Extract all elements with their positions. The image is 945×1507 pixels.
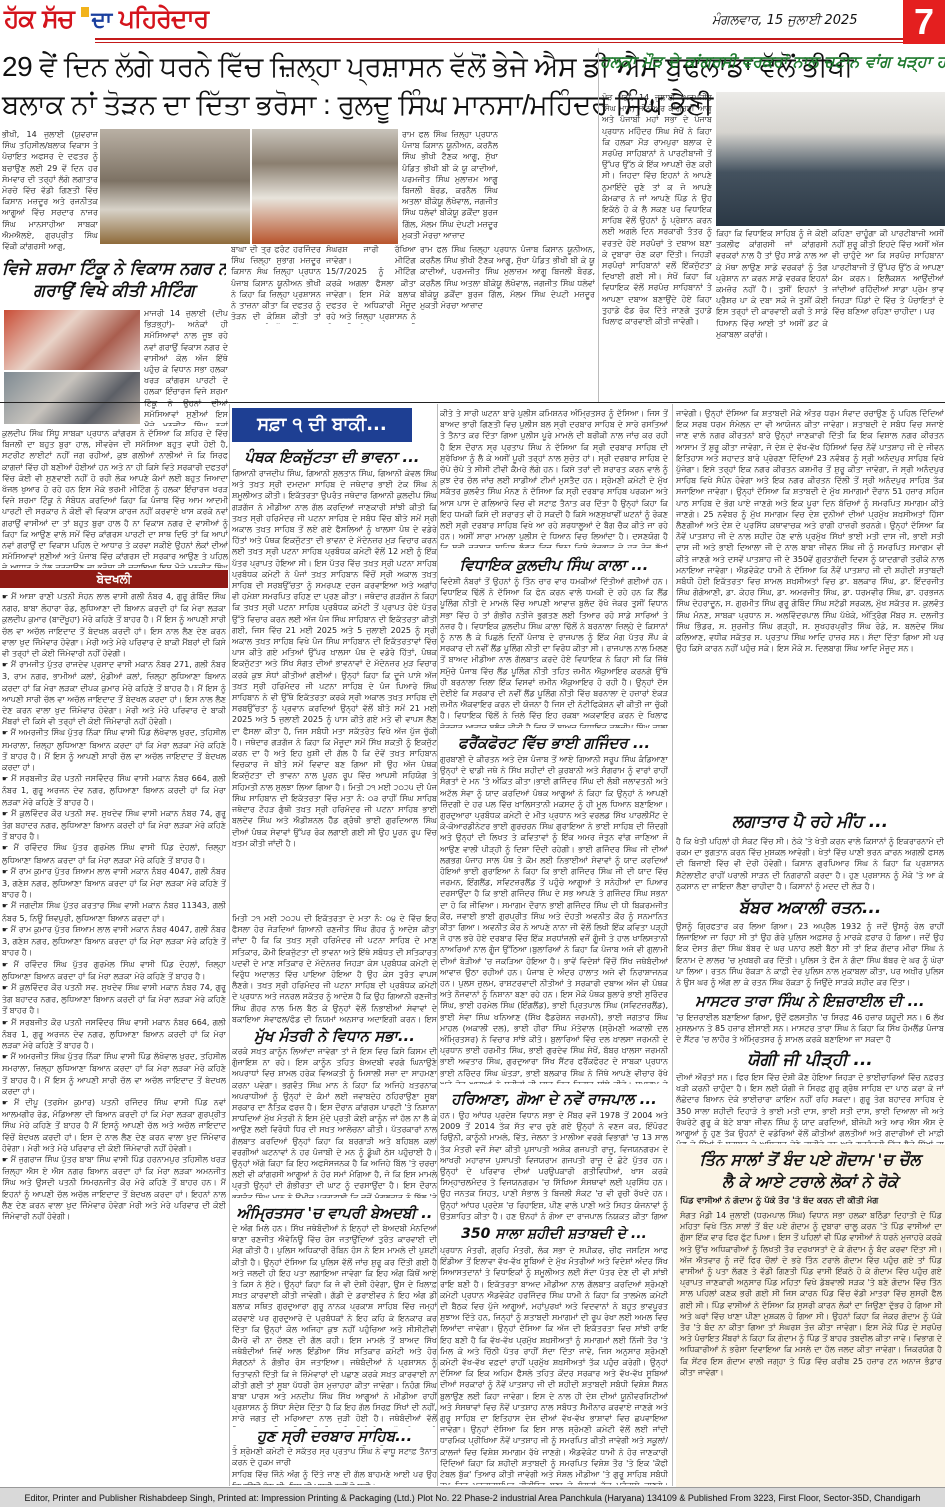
godam-subtitle: ਪਿੰਡ ਵਾਸੀਆਂ ਨੇ ਗੋਦਾਮ ਨੂੰ ਪੱਕੇ ਤੌਰ 'ਤੇ ਬੰ… <box>680 1196 942 1206</box>
notice-item: ਮੈਂ ਕੁਲਵਿੰਦਰ ਕੌਰ ਪਤਨੀ ਸਵ. ਸੁਖਦੇਵ ਸਿੰਘ ਵਾ… <box>2 808 226 843</box>
tara-title: ਮਾਸਟਰ ਤਾਰਾ ਸਿੰਘ ਨੇ ਇਜ਼ਰਾਈਲ ਦੀ ... <box>676 992 944 1010</box>
notice-item: ਮੈਂ ਜਗਦੀਸ਼ ਸਿੰਘ ਪੁੱਤਰ ਕਰਤਾਰ ਸਿੰਘ ਵਾਸੀ ਮਕ… <box>2 900 226 923</box>
shatabdi-body: ਪ੍ਰਧਾਨ ਮੰਤਰੀ, ਗ੍ਰਹਿ ਮੰਤਰੀ, ਲੋਕ ਸਭਾ ਦੇ ਸਪ… <box>440 1245 668 1485</box>
newspaper-logo: ਹੱਕ ਸੱਚ ਦਾ ਪਹਿਰੇਦਾਰ <box>4 4 208 34</box>
group-photo <box>716 92 945 226</box>
meeting-photo-1 <box>4 310 140 370</box>
bedkhali-notices: ਮੈਂ ਆਸ਼ਾ ਰਾਣੀ ਪਤਨੀ ਸੋਹਨ ਲਾਲ ਵਾਸੀ ਗਲੀ ਨੰਬ… <box>2 591 226 1481</box>
logo-part2: ਦਾ <box>91 8 111 33</box>
masthead-rule-thin <box>95 42 903 43</box>
lead-headline-line1: 29 ਵੇਂ ਦਿਨ ਲੱਗੇ ਧਰਨੇ ਵਿੱਚ ਜ਼ਿਲ੍ਹਾ ਪ੍ਰਸ਼ਾ… <box>2 50 597 84</box>
godam-title-line2: ਲੈ ਕੇ ਆਏ ਟਰਾਲੇ ਲੋਕਾਂ ਨੇ ਰੋਕੇ <box>676 1172 944 1192</box>
notice-item: ਮੈਂ ਦੀਪੂ (ਤਰਸੇਮ ਕੁਮਾਰ) ਪਤਨੀ ਰਜਿੰਦਰ ਸਿੰਘ … <box>2 1097 226 1154</box>
panthak-title: ਪੰਥਕ ਇਕਜੁੱਟਤਾ ਦੀ ਭਾਵਨਾ ... <box>232 448 432 466</box>
notice-item: ਮੈਂ ਆਸ਼ਾ ਰਾਣੀ ਪਤਨੀ ਸੋਹਨ ਲਾਲ ਵਾਸੀ ਗਲੀ ਨੰਬ… <box>2 591 226 659</box>
sekhon-col2: ਕਿਹਾ ਕਿ ਵਿਧਾਇਕ ਸਾਹਿਬ ਨੂੰ ਜੇ ਕੋਈ ਤਕਲੀਫ ਕਾ… <box>716 228 828 400</box>
babbar-title: ਬੱਬਰ ਅਕਾਲੀ ਰਤਨ... <box>676 898 944 918</box>
flag-icon <box>81 7 89 17</box>
godam-body: ਸੰਗਤ ਮੰਡੀ 14 ਜੁਲਾਈ (ਧਰਮਪਾਲ ਸਿੰਘ) ਵਿਧਾਨ ਸ… <box>680 1210 942 1482</box>
notice-item: ਮੈਂ ਰਾਮ ਕੁਮਾਰ ਪੁੱਤਰ ਸ਼ਿਆਮ ਲਾਲ ਵਾਸੀ ਮਕਾਨ … <box>2 924 226 959</box>
right-top-headline: ਹਲਕਾ ਮੌੜ ਦੇ ਕਾਂਗਰਸੀ ਵਰਕਰਾਂ ਨਾਲ ਚਟਾਨ ਵਾਂਗ… <box>600 52 945 72</box>
haryana-title: ਹਰਿਆਣਾ, ਗੋਆ ਦੇ ਨਵੇਂ ਰਾਜਪਾਲ ... <box>440 1090 668 1108</box>
notice-item: ਮੈਂ ਰਾਮਜੀਤ ਪੁੱਤਰ ਰਾਜਦੇਵ ਪ੍ਰਸਾਦ ਵਾਸੀ ਮਕਾਨ… <box>2 659 226 727</box>
column-divider <box>437 404 438 1486</box>
column-divider <box>598 48 599 402</box>
notice-item: ਮੈਂ ਅਮਰਜੀਤ ਸਿੰਘ ਪੁੱਤਰ ਨਿੱਕਾ ਸਿੰਘ ਵਾਸੀ ਪਿ… <box>2 727 226 773</box>
amritsar-title: ਅੰਮ੍ਰਿਤਸਰ 'ਚ ਵਾਪਰੀ ਬੇਅਦਬੀ .. <box>232 1204 437 1222</box>
vijay-body: ਕੁਲਦੀਪ ਸਿੰਘ ਸਿੱਧੂ ਸਾਬਕਾ ਪ੍ਰਧਾਨ ਕਾਂਗਰਸ ਨੇ… <box>2 428 228 568</box>
harmandir-continued: ਕੀਤੇ ਤੇ ਸਾਰੀ ਘਟਨਾ ਬਾਰੇ ਪੁਲੀਸ ਕਮਿਸ਼ਨਰ ਅੰਮ… <box>440 408 668 548</box>
notice-item: ਮੈਂ ਰਾਮ ਕੁਮਾਰ ਪੁੱਤਰ ਸ਼ਿਆਮ ਲਾਲ ਵਾਸੀ ਮਕਾਨ … <box>2 866 226 901</box>
section-divider <box>0 402 945 403</box>
shatabdi-title: 350 ਸਾਲਾ ਸ਼ਹੀਦੀ ਸ਼ਤਾਬਦੀ ਦੇ ... <box>440 1226 668 1242</box>
godam-title-line1: ਤਿੰਨ ਸਾਲਾਂ ਤੋਂ ਬੰਦ ਪਏ ਗੋਦਾਮ 'ਚ ਚੌਲ <box>676 1150 944 1170</box>
lead-story-col3: ਬਾਘਾ ਦੀ ਤ੍ਰ ਫਰੰਟ ਹਰਜਿੰਦਰ ਸਿੰਘ ਜ਼ਿਲ੍ਹਾ ਸੁ… <box>231 244 321 324</box>
panthak-body: ਗਿਆਨੀ ਰਾਜਦੀਪ ਸਿੰਘ, ਗਿਆਨੀ ਸੁਲਤਾਨ ਸਿੰਘ, ਗਿ… <box>232 468 437 913</box>
vijay-side-text: ਮਾਜਰੀ 14 ਜੁਲਾਈ (ਦੀਪ ਭਿੜਭ੍ਹਾਂ)- ਅਨੇਕਾਂ ਹੀ… <box>144 308 228 426</box>
darbar-sahib-title: ਹੁਣ ਸ੍ਰੀ ਦਰਬਾਰ ਸਾਹਿਬ... <box>232 1427 437 1445</box>
masthead: ਹੱਕ ਸੱਚ ਦਾ ਪਹਿਰੇਦਾਰ ਮੰਗਲਵਾਰ, 15 ਜੁਲਾਈ 20… <box>0 0 945 40</box>
lead-story-col1: ਭੀਖੀ, 14 ਜੁਲਾਈ (ਯੁਵਰਾਜ ਸਿੰਘ ਤਹਿਸੀਲ/ਬਲਾਕ … <box>2 129 98 251</box>
lead-story-col4: ਸੰਘਰਸ਼ ਜਾਰੀ ਰੱਖਿਆ ਜਾਵੇਗਾ। ਮੀਟਿੰਗ 15/7/20… <box>326 244 416 324</box>
masthead-rule <box>95 38 903 40</box>
cm-body: ਕਰਕੇ ਸਖ਼ਤ ਕਾਨੂੰਨ ਲਿਆਂਦਾ ਜਾਵੇਗਾ ਤਾਂ ਜੋ ਇਸ… <box>232 1046 437 1198</box>
bedkhali-title: ਬੇਦਖਲੀ <box>0 570 228 588</box>
yogi-body: ਦੀਆਂ ਔਰਤਾਂ ਸਨ। ਫਿਰ ਇਸ ਵਿੱਚ ਦੋਸ਼ੀ ਕੌਣ ਹੋਇ… <box>676 1072 944 1144</box>
kala-body: ਵਿਦੇਸ਼ੀ ਨੰਬਰਾਂ ਤੋਂ ਉਹਨਾਂ ਨੂੰ ਤਿੰਨ ਚਾਰ ਵਾ… <box>440 576 668 728</box>
notice-item: ਮੈਂ ਅਮਰਜੀਤ ਸਿੰਘ ਪੁੱਤਰ ਨਿੱਕਾ ਸਿੰਘ ਵਾਸੀ ਪਿ… <box>2 1051 226 1097</box>
meeting-photo-2 <box>4 372 140 424</box>
moh-title: ਲਗਾਤਾਰ ਪੈ ਰਹੇ ਮੀਂਹ ... <box>676 812 944 832</box>
moh-body: ਹੈ ਕਿ ਖੇਤੀ ਪਹਿਲਾਂ ਹੀ ਸੰਕਟ ਵਿੱਚ ਸੀ। ਠੇਕੇ … <box>676 836 944 894</box>
cm-title: ਮੁੱਖ ਮੰਤਰੀ ਨੇ ਵਿਧਾਨ ਸਭਾ... <box>232 1027 437 1045</box>
vijay-headline-line1: ਵਿਜੇ ਸ਼ਰਮਾ ਟਿੰਕੂ ਨੇ ਵਿਕਾਸ ਨਗਰ ਨਵਾਂ <box>2 258 226 280</box>
notice-item: ਮੈਂ ਰਵਿੰਦਰ ਸਿੰਘ ਪੁੱਤਰ ਗੁਰਮੇਲ ਸਿੰਘ ਵਾਸੀ ਪ… <box>2 842 226 865</box>
notice-item: ਮੈਂ ਸਰਬਜੀਤ ਕੌਰ ਪਤਨੀ ਜਸਵਿੰਦਰ ਸਿੰਘ ਵਾਸੀ ਮਕ… <box>2 773 226 808</box>
sekhon-col1: ਮੋੜ ਮੰਡੀ, 14 ਜੁਲਾਈ (ਪਰਮਜੀਤ ਸਿੰਘ ਮਾਨ) ਸੀਨ… <box>602 92 712 400</box>
yogi-title: ਯੋਗੀ ਜੀ ਪੀੜ੍ਹੀ ... <box>676 1050 944 1070</box>
darbar-sahib-body: ਤੇ ਸ਼੍ਰੋਮਣੀ ਕਮੇਟੀ ਦੇ ਸਕੱਤਰ ਸ੍ਰ ਪ੍ਰਤਾਪ ਸਿ… <box>232 1446 437 1470</box>
lead-headline-line2: ਬਲਾਕ ਨਾਂ ਤੋੜਨ ਦਾ ਦਿੱਤਾ ਭਰੋਸਾ : ਰੁਲਦੂ ਸਿੰ… <box>2 88 597 122</box>
footer-imprint: Editor, Printer and Publisher Rishabdeep… <box>0 1487 945 1507</box>
panthak-body-2: ਮਿਤੀ ੨੧ ਮਈ ੨੦੨੫ ਦੀ ਇਕੱਤਰਤਾ ਦੇ ਮਤਾ ਨੰ: ੦੪… <box>232 913 437 1023</box>
notice-item: ਮੈਂ ਰਵਿੰਦਰ ਸਿੰਘ ਪੁੱਤਰ ਗੁਰਮੇਲ ਸਿੰਘ ਵਾਸੀ ਪ… <box>2 959 226 982</box>
safa1-banner: ਸਫ਼ਾ ੧ ਦੀ ਬਾਕੀ... <box>232 408 412 442</box>
tara-body: 'ਚ ਇਜ਼ਰਾਈਲ ਬਣਾਇਆ ਗਿਆ, ਉਦੋਂ ਫਲਸਤੀਨ 'ਚ ਸਿਰ… <box>676 1012 944 1048</box>
sekhon-col3: ਕਹਿਣਾ ਚਾਹੂੰਗਾ ਕੀ ਪਾਰਟੀਬਾਜੀ ਅਸੀਂ ਨਹੀਂ ਸ਼ੁ… <box>832 228 944 400</box>
frankfurt-title: ਫਰੈਂਕਫੋਰਟ ਵਿੱਚ ਭਾਈ ਗਜਿੰਦਰ ... <box>440 734 668 752</box>
protest-photo <box>100 129 250 244</box>
crowd-photo <box>252 129 398 244</box>
kala-title: ਵਿਧਾਇਕ ਕੁਲਦੀਪ ਸਿੰਘ ਕਾਲਾ ... <box>440 556 668 574</box>
lead-story-col2: ਰਾਮ ਫਲ ਸਿੰਘ ਜ਼ਿਲ੍ਹਾ ਪ੍ਰਧਾਨ ਪੰਜਾਬ ਕਿਸਾਨ ਯ… <box>402 129 498 251</box>
issue-date: ਮੰਗਲਵਾਰ, 15 ਜੁਲਾਈ 2025 <box>712 13 858 28</box>
frankfurt-body: ਗੁਰਬਾਣੀ ਦੇ ਕੀਰਤਨ ਅਤੇ ਦੇਸ਼ ਪੰਜਾਬ ਤੋਂ ਆਏ ਗ… <box>440 754 668 1084</box>
logo-part1: ਹੱਕ ਸੱਚ <box>4 4 74 33</box>
column-divider <box>672 404 673 1486</box>
shatabdi-continued: ਜਾਵੇਗੀ। ਉਨ੍ਹਾਂ ਦੱਸਿਆ ਕਿ ਸ਼ਤਾਬਦੀ ਮੌਕੇ ਅੰਤ… <box>676 408 944 806</box>
notice-item: ਮੈਂ ਜੁਗਰਾਜ ਸਿੰਘ ਪੁੱਤਰ ਬਾਬਾ ਸਿੰਘ ਵਾਸੀ ਪਿੰ… <box>2 1154 226 1222</box>
page-number: 7 <box>903 0 945 44</box>
lead-story-col5: ਰਾਮ ਫਲ ਸਿੰਘ ਜ਼ਿਲ੍ਹਾ ਪ੍ਰਧਾਨ ਪੰਜਾਬ ਕਿਸਾਨ ਯ… <box>420 244 595 324</box>
logo-part3: ਪਹਿਰੇਦਾਰ <box>119 4 208 33</box>
column-divider <box>229 404 230 1486</box>
notice-item: ਮੈਂ ਕੁਲਵਿੰਦਰ ਕੌਰ ਪਤਨੀ ਸਵ. ਸੁਖਦੇਵ ਸਿੰਘ ਵਾ… <box>2 982 226 1017</box>
haryana-body: ਹਨ। ਉਹ ਆਂਧਰ ਪ੍ਰਦੇਸ਼ ਵਿਧਾਨ ਸਭਾ ਦੇ ਮੈਂਬਰ ਵ… <box>440 1110 668 1220</box>
vijay-headline-line2: ਗਰਾਉਂ ਵਿਖੇ ਕੀਤੀ ਮੀਟਿੰਗ <box>2 280 226 302</box>
notice-item: ਮੈਂ ਸਰਬਜੀਤ ਕੌਰ ਪਤਨੀ ਜਸਵਿੰਦਰ ਸਿੰਘ ਵਾਸੀ ਮਕ… <box>2 1017 226 1052</box>
babbar-body: ਉਸਨੂੰ ਗ੍ਰਿਫਤਾਰ ਕਰ ਲਿਆ ਗਿਆ। 23 ਅਪ੍ਰੈਲ 193… <box>676 921 944 989</box>
